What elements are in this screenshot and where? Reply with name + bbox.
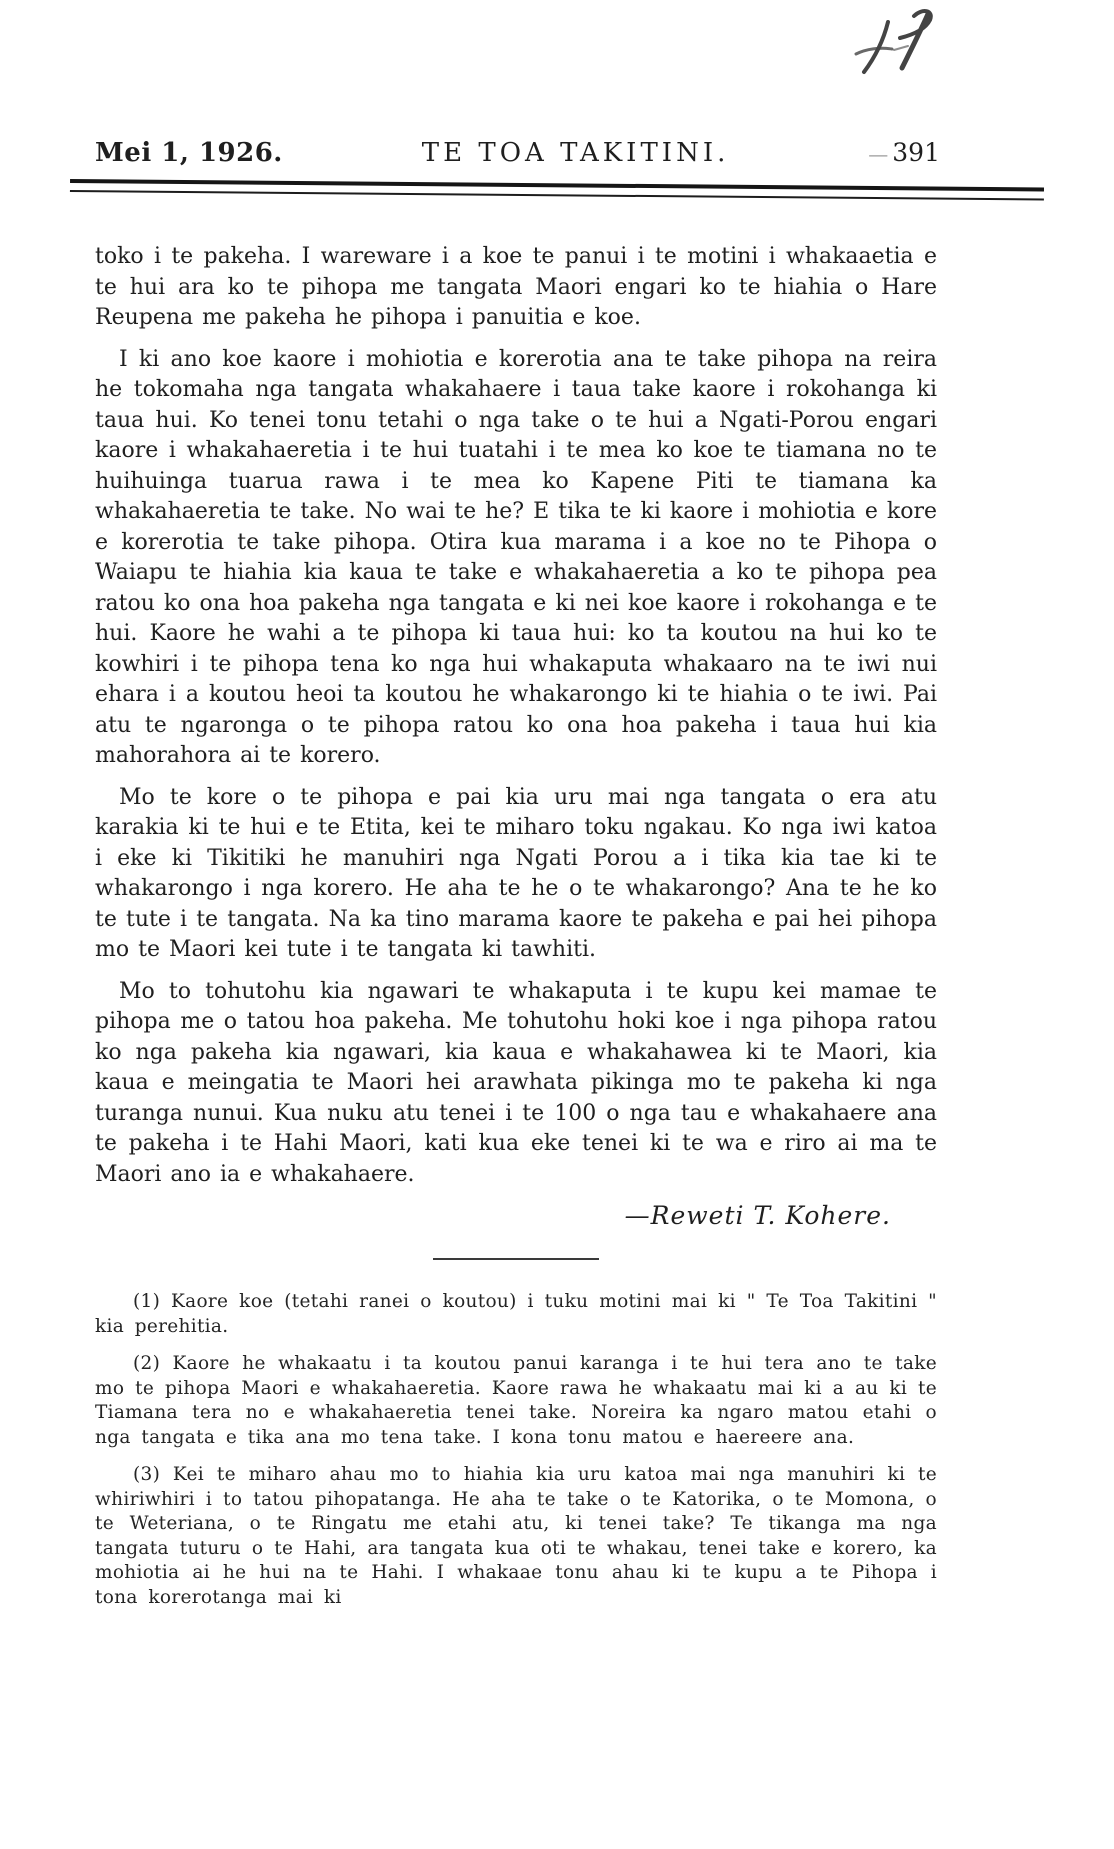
issue-date: Mei 1, 1926. xyxy=(95,138,283,168)
footnotes: (1) Kaore koe (tetahi ranei o koutou) i … xyxy=(95,1290,937,1610)
footnote: (1) Kaore koe (tetahi ranei o koutou) i … xyxy=(95,1290,937,1339)
publication-title: TE TOA TAKITINI. xyxy=(283,138,868,168)
article-paragraph: toko i te pakeha. I wareware i a koe te … xyxy=(95,242,937,334)
page-number: —391 xyxy=(868,138,940,167)
page-number-value: 391 xyxy=(892,138,940,167)
article-body: toko i te pakeha. I wareware i a koe te … xyxy=(95,242,937,1190)
footnote: (2) Kaore he whakaatu i ta koutou panui … xyxy=(95,1352,937,1450)
author-signature: —Reweti T. Kohere. xyxy=(95,1201,891,1230)
page-number-smudge: — xyxy=(868,142,886,166)
article-paragraph: Mo to tohutohu kia ngawari te whakaputa … xyxy=(95,977,937,1191)
handwritten-mark xyxy=(848,6,944,90)
section-divider xyxy=(433,1258,599,1260)
article-paragraph: Mo te kore o te pihopa e pai kia uru mai… xyxy=(95,783,937,966)
masthead: Mei 1, 1926. TE TOA TAKITINI. —391 xyxy=(95,138,940,168)
article-column: toko i te pakeha. I wareware i a koe te … xyxy=(95,242,937,1623)
article-paragraph: I ki ano koe kaore i mohiotia e koreroti… xyxy=(95,345,937,772)
scanned-newspaper-page: Mei 1, 1926. TE TOA TAKITINI. —391 toko … xyxy=(0,0,1114,1849)
masthead-rule xyxy=(70,179,1044,200)
footnote: (3) Kei te miharo ahau mo to hiahia kia … xyxy=(95,1463,937,1610)
